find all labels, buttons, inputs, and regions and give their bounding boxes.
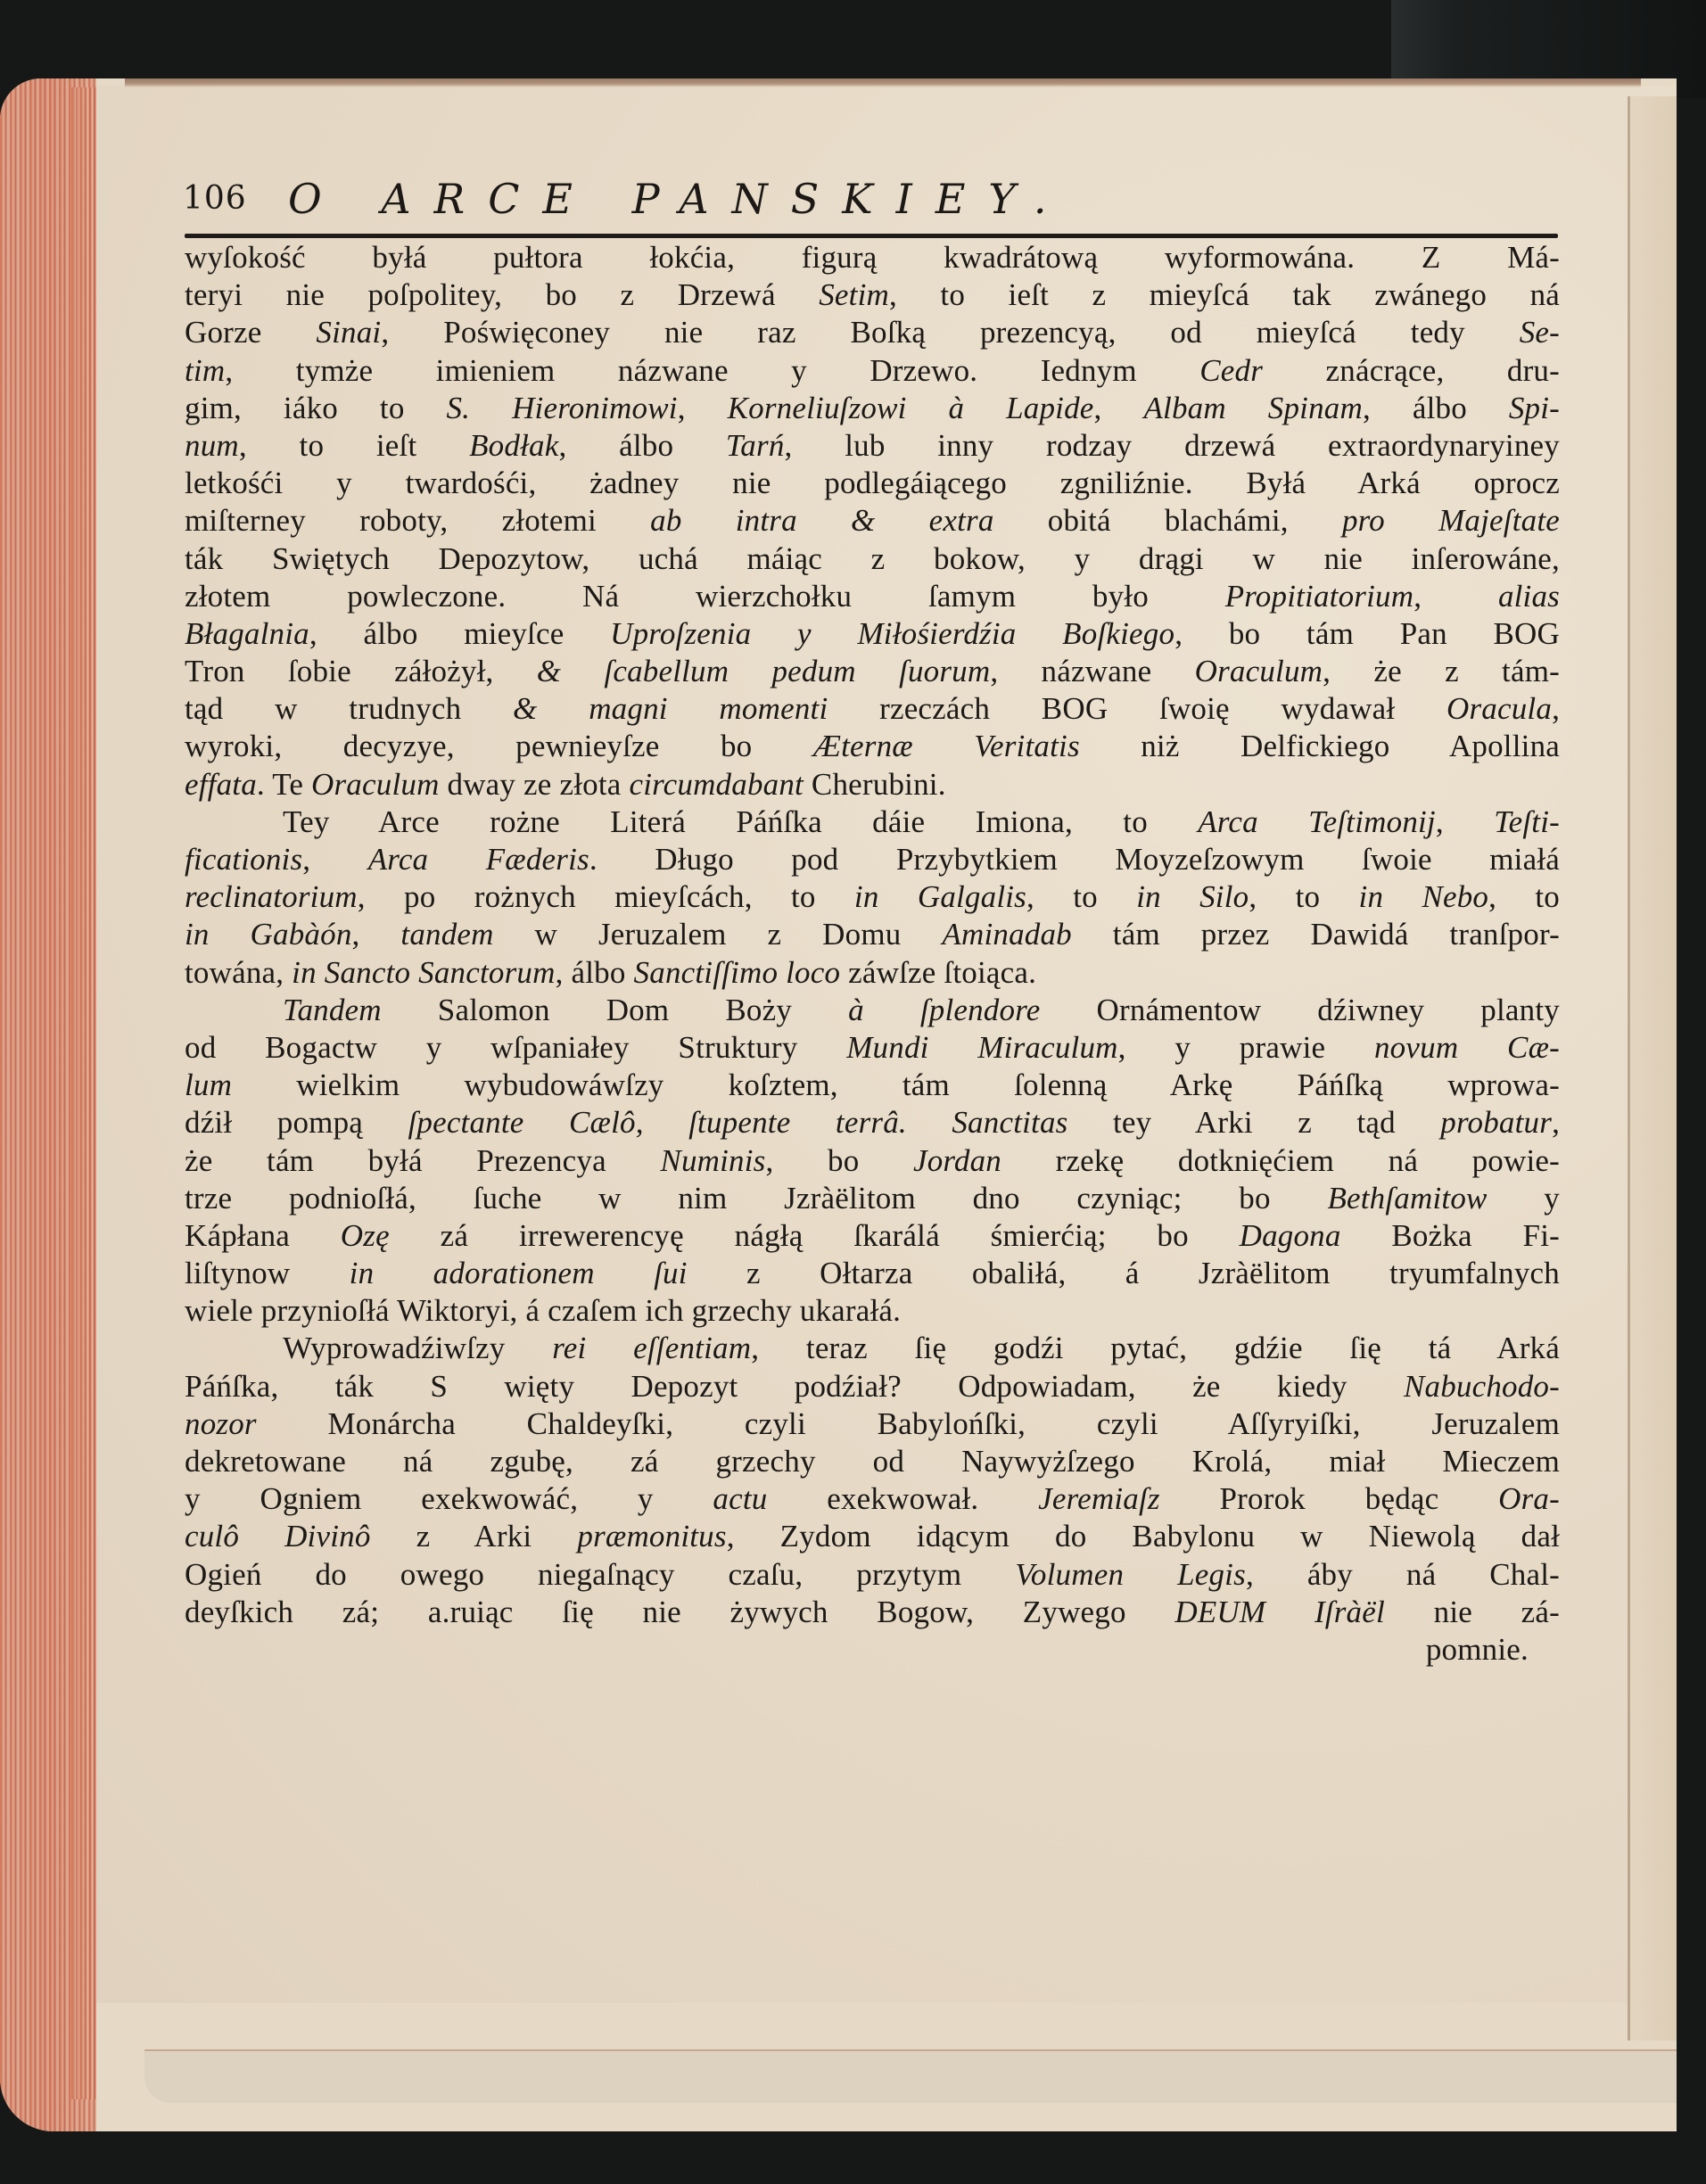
fore-edge-stripes <box>71 87 96 2099</box>
text-segment: Páńſka, ták S więty Depozyt podźiał? Odp… <box>185 1369 1404 1404</box>
text-segment: Kápłana <box>185 1218 341 1253</box>
text-line: trze podnioſłá, ſuche w nim Jzràëlitom d… <box>185 1180 1560 1217</box>
text-line: deyſkich zá; a.ruiąc ſię nie żywych Bogo… <box>185 1594 1560 1631</box>
text-segment: że tám byłá Prezencya <box>185 1143 660 1178</box>
text-segment: exekwował. <box>767 1481 1038 1516</box>
text-segment: dway ze złota <box>440 767 630 802</box>
text-segment: , <box>1552 691 1560 726</box>
text-line: wyſokość byłá pułtora łokćia, figurą kwa… <box>185 239 1560 276</box>
text-segment: rzekę dotknięćiem ná powie- <box>1001 1143 1560 1178</box>
text-segment: , bo <box>766 1143 913 1178</box>
text-segment: , álbo <box>556 955 634 990</box>
text-segment: , teraz ſię godźi pytać, gdźie ſię tá Ar… <box>751 1331 1560 1365</box>
italic-latin-segment: Jeremiaſz <box>1038 1481 1160 1516</box>
text-line: że tám byłá Prezencya Numinis, bo Jordan… <box>185 1142 1560 1180</box>
italic-latin-segment: lum <box>185 1067 232 1102</box>
text-segment: Ornámentow dźiwney planty <box>1040 993 1560 1027</box>
text-segment: towána, <box>185 955 292 990</box>
text-line: od Bogactw y wſpaniałey Struktury Mundi … <box>185 1029 1560 1067</box>
italic-latin-segment: S. Hieronimowi <box>446 391 677 425</box>
text-segment: , to <box>1249 879 1358 914</box>
italic-latin-segment: Cedr <box>1199 353 1263 388</box>
text-segment: tey Arki z tąd <box>1068 1105 1441 1140</box>
text-segment: dekretowane ná zgubę, zá grzechy od Nayw… <box>185 1444 1560 1479</box>
text-segment: Ogień do owego niegaſnący czaſu, przytym <box>185 1557 1015 1592</box>
text-line: in Gabàón, tandem w Jeruzalem z Domu Ami… <box>185 916 1560 953</box>
italic-latin-segment: in adorationem ſui <box>350 1256 688 1290</box>
page-number: 106 <box>183 180 247 217</box>
text-segment: , to ieſt <box>239 428 469 463</box>
page-bottom-edge <box>144 2049 1677 2103</box>
italic-latin-segment: ficationis <box>185 842 302 877</box>
text-segment: Tron ſobie záłożył, <box>185 654 537 688</box>
text-segment: , álbo <box>558 428 725 463</box>
italic-latin-segment: num <box>185 428 239 463</box>
text-segment: wyroki, decyzye, pewnieyſze bo <box>185 729 813 763</box>
italic-latin-segment: DEUM Iſràël <box>1174 1595 1385 1629</box>
italic-latin-segment: Teſti- <box>1494 804 1560 839</box>
text-segment: , to <box>1488 879 1560 914</box>
text-segment: pomnie. <box>1426 1632 1529 1667</box>
text-segment: obitá blachámi, <box>994 503 1342 538</box>
text-segment: Cherubini. <box>804 767 946 802</box>
text-segment: Prorok będąc <box>1160 1481 1498 1516</box>
text-segment: teryi nie poſpolitey, bo z Drzewá <box>185 277 819 312</box>
italic-latin-segment: Błagalnia <box>185 616 309 651</box>
text-segment: , álbo <box>1363 391 1509 425</box>
text-segment: , lub inny rodzay drzewá extraordynaryin… <box>785 428 1560 463</box>
italic-latin-segment: nozor <box>185 1406 257 1441</box>
italic-latin-segment: Nabuchodo- <box>1404 1369 1560 1404</box>
gutter-fold <box>1628 96 1630 2040</box>
italic-latin-segment: & magni momenti <box>513 691 828 726</box>
text-line: tąd w trudnych & magni momenti rzeczách … <box>185 690 1560 728</box>
text-line: wiele przynioſłá Wiktoryi, á czaſem ich … <box>185 1292 1560 1330</box>
text-segment: znácrące, dru- <box>1263 353 1560 388</box>
catchword: pomnie. <box>185 1631 1560 1669</box>
text-line: lum wielkim wybudowáwſzy koſztem, tám ſo… <box>185 1067 1560 1104</box>
text-line: culô Divinô z Arki præmonitus, Zydom idą… <box>185 1518 1560 1555</box>
text-segment: , <box>678 391 728 425</box>
text-segment: y <box>1488 1181 1560 1216</box>
italic-latin-segment: Sanctiſſimo loco <box>634 955 841 990</box>
text-segment: Salomon Dom Boży <box>382 993 848 1027</box>
text-segment: z Ołtarza obaliłá, á Jzràëlitom tryumfal… <box>688 1256 1560 1290</box>
text-line: num, to ieſt Bodłak, álbo Tarń, lub inny… <box>185 427 1560 465</box>
text-line: Páńſka, ták S więty Depozyt podźiał? Odp… <box>185 1368 1560 1405</box>
italic-latin-segment: Ozę <box>341 1218 390 1253</box>
italic-latin-segment: circumdabant <box>629 767 804 802</box>
italic-latin-segment: Tandem <box>283 993 382 1027</box>
italic-latin-segment: Aminadab <box>942 917 1071 952</box>
italic-latin-segment: Albam Spinam <box>1143 391 1363 425</box>
italic-latin-segment: effata <box>185 767 257 802</box>
italic-latin-segment: pro Majeſtate <box>1342 503 1560 538</box>
italic-latin-segment: Oraculum <box>311 767 440 802</box>
text-segment: , <box>352 917 401 952</box>
text-segment: miſterney roboty, złotemi <box>185 503 650 538</box>
text-segment: tám przez Dawidá tranſpor- <box>1072 917 1560 952</box>
text-segment: trze podnioſłá, ſuche w nim Jzràëlitom d… <box>185 1181 1327 1216</box>
text-segment: , Zydom idącym do Babylonu w Niewolą dał <box>727 1519 1560 1554</box>
text-segment: , <box>302 842 367 877</box>
text-segment: niż Delfickiego Apollina <box>1080 729 1560 763</box>
text-line: Wyprowadźiwſzy rei eſſentiam, teraz ſię … <box>185 1330 1560 1367</box>
italic-latin-segment: Sinai <box>316 315 381 350</box>
italic-latin-segment: Korneliuſzowi à Lapide <box>728 391 1094 425</box>
text-segment: Wyprowadźiwſzy <box>283 1331 552 1365</box>
text-line: Kápłana Ozę zá irrewerencyę nágłą ſkarál… <box>185 1217 1560 1255</box>
text-line: Ogień do owego niegaſnący czaſu, przytym… <box>185 1556 1560 1594</box>
text-line: dekretowane ná zgubę, zá grzechy od Nayw… <box>185 1443 1560 1480</box>
text-line: Tey Arce rożne Literá Páńſka dáie Imiona… <box>185 804 1560 841</box>
text-segment: letkośći y twardośći, żadney nie podlegá… <box>185 466 1560 500</box>
italic-latin-segment: culô Divinô <box>185 1519 371 1554</box>
text-segment: zá irrewerencyę nágłą ſkarálá śmierćią; … <box>390 1218 1240 1253</box>
text-segment: w Jeruzalem z Domu <box>494 917 943 952</box>
italic-latin-segment: Mundi Miraculum <box>846 1030 1117 1065</box>
text-line: Gorze Sinai, Poświęconey nie raz Boſką p… <box>185 314 1560 351</box>
text-line: gim, iáko to S. Hieronimowi, Korneliuſzo… <box>185 390 1560 427</box>
italic-latin-segment: probatur <box>1440 1105 1552 1140</box>
text-line: złotem powleczone. Ná wierzchołku ſamym … <box>185 578 1560 615</box>
text-segment: . Długo pod Przybytkiem Moyzeſzowym ſwoi… <box>589 842 1560 877</box>
italic-latin-segment: Ora- <box>1498 1481 1560 1516</box>
italic-latin-segment: Arca Fæderis <box>368 842 589 877</box>
text-line: towána, in Sancto Sanctorum, álbo Sancti… <box>185 954 1560 992</box>
italic-latin-segment: in Sancto Sanctorum <box>292 955 555 990</box>
text-segment: . Te <box>257 767 311 802</box>
italic-latin-segment: actu <box>713 1481 767 1516</box>
text-segment: z Arki <box>371 1519 578 1554</box>
italic-latin-segment: & ſcabellum pedum ſuorum <box>537 654 991 688</box>
italic-latin-segment: ab intra & extra <box>650 503 993 538</box>
text-line: nozor Monárcha Chaldeyſki, czyli Babyloń… <box>185 1405 1560 1443</box>
text-segment: , że z tám- <box>1323 654 1560 688</box>
text-segment: Tey Arce rożne Literá Páńſka dáie Imiona… <box>283 804 1198 839</box>
italic-latin-segment: novum Cæ- <box>1374 1030 1560 1065</box>
italic-latin-segment: Bodłak <box>469 428 558 463</box>
text-segment: , po rożnych mieyſcách, to <box>358 879 854 914</box>
text-segment: , <box>1413 579 1498 614</box>
text-segment: , Poświęconey nie raz Boſką prezencyą, o… <box>381 315 1519 350</box>
italic-latin-segment: tandem <box>400 917 493 952</box>
text-segment: złotem powleczone. Ná wierzchołku ſamym … <box>185 579 1225 614</box>
text-segment: Monárcha Chaldeyſki, czyli Babylońſki, c… <box>257 1406 1560 1441</box>
italic-latin-segment: Uproſzenia y Miłośierdźia Boſkiego <box>610 616 1174 651</box>
text-segment: y Ogniem exekwowáć, y <box>185 1481 713 1516</box>
italic-latin-segment: Oraculum <box>1195 654 1323 688</box>
text-segment: , álbo mieyſce <box>309 616 610 651</box>
page-top-edge <box>125 78 1641 87</box>
text-segment: , tymże imieniem názwane y Drzewo. Iedny… <box>225 353 1199 388</box>
text-segment: záwſze ſtoiąca. <box>840 955 1036 990</box>
text-line: tim, tymże imieniem názwane y Drzewo. Ie… <box>185 352 1560 390</box>
italic-latin-segment: Numinis <box>660 1143 765 1178</box>
text-line: teryi nie poſpolitey, bo z Drzewá Setim,… <box>185 276 1560 314</box>
text-segment: dźił pompą <box>185 1105 408 1140</box>
text-segment: gim, iáko to <box>185 391 446 425</box>
text-line: y Ogniem exekwowáć, y actu exekwował. Je… <box>185 1480 1560 1518</box>
italic-latin-segment: in Gabàón <box>185 917 352 952</box>
text-segment: Bożka Fi- <box>1341 1218 1560 1253</box>
italic-latin-segment: Se- <box>1520 315 1560 350</box>
italic-latin-segment: Dagona <box>1240 1218 1341 1253</box>
text-segment: , bo tám Pan BOG <box>1174 616 1560 651</box>
text-segment: , <box>1552 1105 1560 1140</box>
italic-latin-segment: Volumen Legis <box>1015 1557 1246 1592</box>
italic-latin-segment: Oracula <box>1446 691 1552 726</box>
text-segment: wiele przynioſłá Wiktoryi, á czaſem ich … <box>185 1293 901 1328</box>
text-line: ták Swiętych Depozytow, uchá máiąc z bok… <box>185 540 1560 578</box>
text-segment: rzeczách BOG ſwoię wydawał <box>828 691 1446 726</box>
text-segment: Gorze <box>185 315 316 350</box>
text-line: Tandem Salomon Dom Boży à ſplendore Orná… <box>185 992 1560 1029</box>
italic-latin-segment: in Galgalis <box>854 879 1026 914</box>
text-line: dźił pompą ſpectante Cælô, ſtupente terr… <box>185 1104 1560 1141</box>
header-rule <box>185 234 1558 238</box>
text-segment: liſtynow <box>185 1256 350 1290</box>
italic-latin-segment: rei eſſentiam <box>552 1331 751 1365</box>
italic-latin-segment: Jordan <box>913 1143 1001 1178</box>
text-line: wyroki, decyzye, pewnieyſze bo Æternæ Ve… <box>185 728 1560 765</box>
body-text: wyſokość byłá pułtora łokćia, figurą kwa… <box>185 239 1560 1669</box>
text-segment: , <box>1436 804 1494 839</box>
text-segment <box>907 1105 952 1140</box>
text-segment: ták Swiętych Depozytow, uchá máiąc z bok… <box>185 541 1560 576</box>
text-segment: wielkim wybudowáwſzy koſztem, tám ſolenn… <box>232 1067 1560 1102</box>
running-title: O ARCE PANSKIEY. <box>288 175 1069 223</box>
italic-latin-segment: in Silo <box>1136 879 1249 914</box>
text-segment: tąd w trudnych <box>185 691 513 726</box>
italic-latin-segment: tim <box>185 353 225 388</box>
text-segment: , áby ná Chal- <box>1246 1557 1560 1592</box>
text-line: reclinatorium, po rożnych mieyſcách, to … <box>185 878 1560 916</box>
italic-latin-segment: Setim <box>819 277 889 312</box>
italic-latin-segment: Propitiatorium <box>1225 579 1414 614</box>
text-segment: wyſokość byłá pułtora łokćia, figurą kwa… <box>185 240 1560 275</box>
gutter-strip <box>1630 96 1677 2040</box>
text-line: ficationis, Arca Fæderis. Długo pod Przy… <box>185 841 1560 878</box>
text-segment: , názwane <box>990 654 1194 688</box>
text-segment: deyſkich zá; a.ruiąc ſię nie żywych Bogo… <box>185 1595 1174 1629</box>
text-line: liſtynow in adorationem ſui z Ołtarza ob… <box>185 1255 1560 1292</box>
italic-latin-segment: Bethſamitow <box>1327 1181 1487 1216</box>
italic-latin-segment: in Nebo <box>1359 879 1489 914</box>
italic-latin-segment: à ſplendore <box>848 993 1040 1027</box>
italic-latin-segment: Tarń <box>726 428 785 463</box>
italic-latin-segment: reclinatorium <box>185 879 358 914</box>
text-segment: , y prawie <box>1118 1030 1374 1065</box>
text-line: Tron ſobie záłożył, & ſcabellum pedum ſu… <box>185 653 1560 690</box>
text-line: letkośći y twardośći, żadney nie podlegá… <box>185 465 1560 502</box>
italic-latin-segment: Sanctitas <box>952 1105 1067 1140</box>
text-line: effata. Te Oraculum dway ze złota circum… <box>185 766 1560 804</box>
text-segment: nie zá- <box>1385 1595 1560 1629</box>
text-line: miſterney roboty, złotemi ab intra & ext… <box>185 502 1560 540</box>
italic-latin-segment: præmonitus <box>577 1519 726 1554</box>
italic-latin-segment: Spi- <box>1509 391 1560 425</box>
text-segment: , to ieſt z mieyſcá tak zwánego ná <box>889 277 1560 312</box>
running-head: 106 O ARCE PANSKIEY. <box>183 175 1583 228</box>
text-segment: od Bogactw y wſpaniałey Struktury <box>185 1030 846 1065</box>
italic-latin-segment: ſpectante Cælô, ſtupente terrâ. <box>408 1105 906 1140</box>
italic-latin-segment: alias <box>1498 579 1560 614</box>
text-line: Błagalnia, álbo mieyſce Uproſzenia y Mił… <box>185 615 1560 653</box>
text-segment: , to <box>1026 879 1136 914</box>
italic-latin-segment: Æternæ Veritatis <box>813 729 1080 763</box>
text-segment: , <box>1094 391 1144 425</box>
italic-latin-segment: Arca Teſtimonij <box>1198 804 1436 839</box>
